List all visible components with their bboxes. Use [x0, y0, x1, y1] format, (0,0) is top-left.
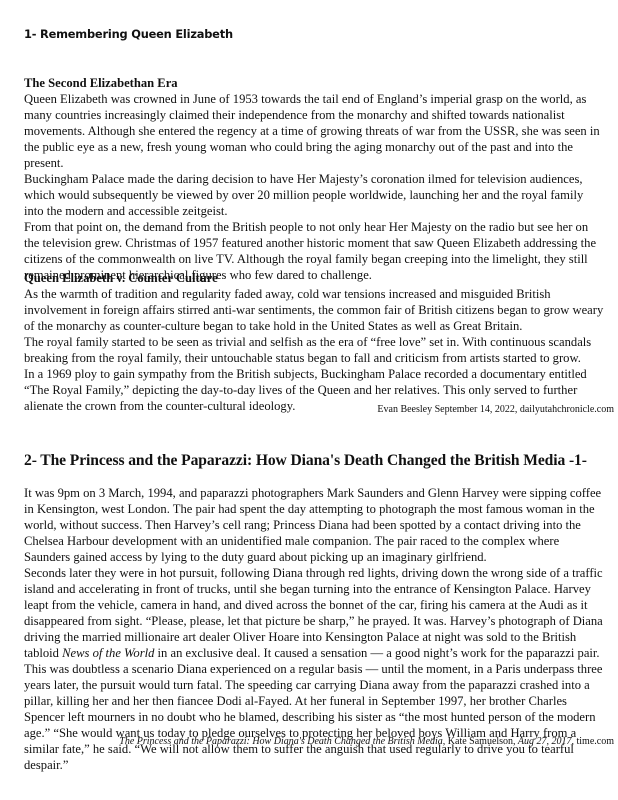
section1-title: 1- Remembering Queen Elizabeth: [24, 27, 233, 41]
citation-title: The Princess and the Paparazzi: How Dian…: [119, 736, 445, 747]
paragraph: As the warmth of tradition and regularit…: [24, 286, 604, 334]
paragraph: Queen Elizabeth was crowned in June of 1…: [24, 91, 604, 171]
paragraph: Buckingham Palace made the daring decisi…: [24, 171, 604, 219]
section1-part2: Queen Elizabeth v. Counter Culture As th…: [24, 270, 604, 414]
part1-heading: The Second Elizabethan Era: [24, 75, 604, 91]
citation-author: Kate Samuelson,: [445, 736, 515, 747]
paragraph: The royal family started to be seen as t…: [24, 334, 604, 366]
part2-heading: Queen Elizabeth v. Counter Culture: [24, 270, 604, 286]
citation-date: Aug 27, 2017,: [516, 736, 574, 747]
section2-body: It was 9pm on 3 March, 1994, and paparaz…: [24, 485, 606, 773]
paragraph-text: in an exclusive deal. It caused a sensat…: [24, 646, 602, 772]
publication-name: News of the World: [62, 646, 154, 660]
section1-citation: Evan Beesley September 14, 2022, dailyut…: [377, 404, 614, 415]
citation-source: time.com: [574, 736, 614, 747]
section1-part1: The Second Elizabethan Era Queen Elizabe…: [24, 75, 604, 283]
section2-citation: The Princess and the Paparazzi: How Dian…: [119, 736, 614, 747]
section2-title: 2- The Princess and the Paparazzi: How D…: [24, 452, 587, 470]
paragraph: It was 9pm on 3 March, 1994, and paparaz…: [24, 485, 606, 565]
